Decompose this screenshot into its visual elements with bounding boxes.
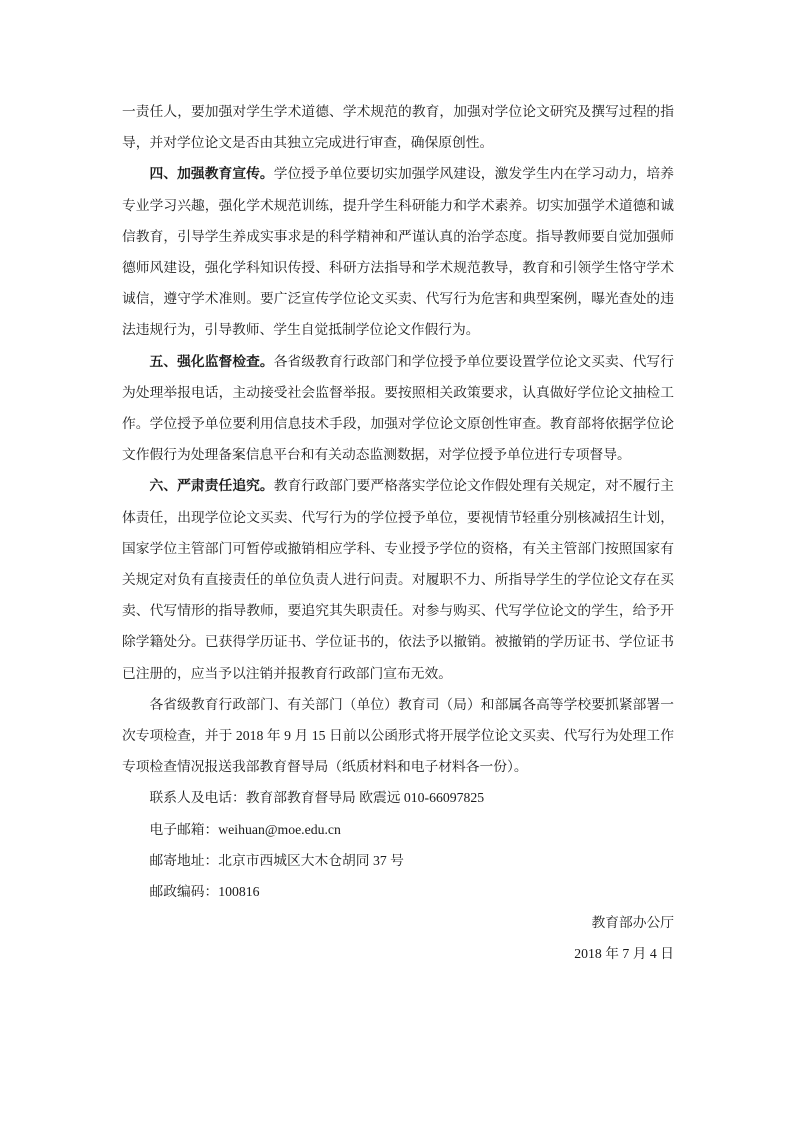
paragraph-section-five: 五、强化监督检查。各省级教育行政部门和学位授予单位要设置学位论文买卖、代写行为处… [122, 346, 674, 471]
signature-date: 2018 年 7 月 4 日 [122, 938, 674, 969]
section-four-heading: 四、加强教育宣传。 [150, 166, 274, 181]
paragraph-section-six: 六、严肃责任追究。教育行政部门要严格落实学位论文作假处理有关规定，对不履行主体责… [122, 470, 674, 688]
section-five-heading: 五、强化监督检查。 [150, 354, 274, 369]
document-page: 一责任人，要加强对学生学术道德、学术规范的教育，加强对学位论文研究及撰写过程的指… [0, 0, 793, 1122]
paragraph-continuation: 一责任人，要加强对学生学术道德、学术规范的教育，加强对学位论文研究及撰写过程的指… [122, 96, 674, 158]
signature-org: 教育部办公厅 [122, 907, 674, 938]
contact-line-email: 电子邮箱：weihuan@moe.edu.cn [122, 814, 674, 845]
section-four-body: 学位授予单位要切实加强学风建设，激发学生内在学习动力，培养专业学习兴趣，强化学术… [122, 166, 674, 337]
contact-line-phone: 联系人及电话：教育部教育督导局 欧震远 010-66097825 [122, 782, 674, 813]
paragraph-closing: 各省级教育行政部门、有关部门（单位）教育司（局）和部属各高等学校要抓紧部署一次专… [122, 689, 674, 783]
section-five-body: 各省级教育行政部门和学位授予单位要设置学位论文买卖、代写行为处理举报电话，主动接… [122, 354, 674, 463]
section-six-body: 教育行政部门要严格落实学位论文作假处理有关规定，对不履行主体责任，出现学位论文买… [122, 478, 674, 680]
section-six-heading: 六、严肃责任追究。 [150, 478, 274, 493]
paragraph-section-four: 四、加强教育宣传。学位授予单位要切实加强学风建设，激发学生内在学习动力，培养专业… [122, 158, 674, 345]
document-body: 一责任人，要加强对学生学术道德、学术规范的教育，加强对学位论文研究及撰写过程的指… [122, 96, 674, 970]
contact-line-address: 邮寄地址：北京市西城区大木仓胡同 37 号 [122, 845, 674, 876]
contact-line-postcode: 邮政编码：100816 [122, 876, 674, 907]
